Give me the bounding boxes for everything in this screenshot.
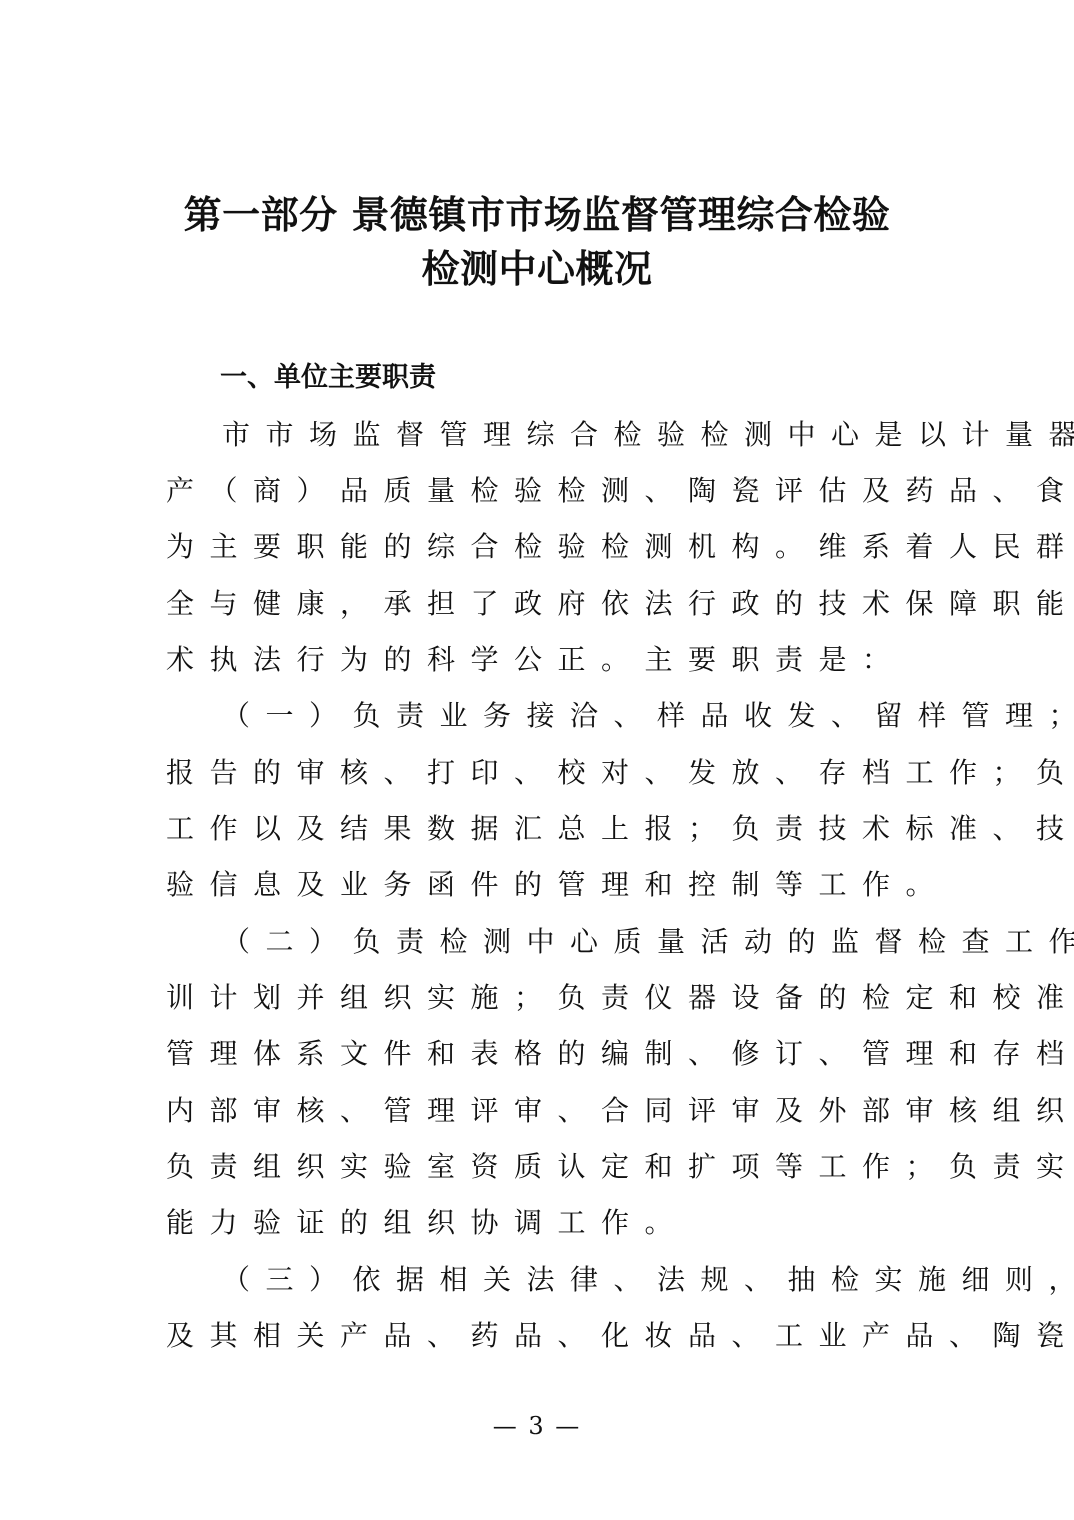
body-line: 及其相关产品、药品、化妆品、工业产品、陶瓷等产品的抽 — [166, 1322, 916, 1350]
body-line: （二）负责检测中心质量活动的监督检查工作，制定培 — [222, 928, 972, 956]
body-line: 报告的审核、打印、校对、发放、存档工作；负责中心抽检 — [166, 759, 916, 787]
body-line: 全与健康，承担了政府依法行政的技术保障职能，维系着技 — [166, 590, 916, 618]
body-line: （一）负责业务接洽、样品收发、留样管理；负责检验 — [222, 702, 972, 730]
body-line: 为主要职能的综合检验检测机构。维系着人民群众的生命安 — [166, 533, 916, 561]
page-number: — 3 — — [0, 1414, 1074, 1438]
document-title-line-2: 检测中心概况 — [0, 250, 1074, 288]
body-line: 能力验证的组织协调工作。 — [166, 1209, 916, 1237]
body-line: 负责组织实验室资质认定和扩项等工作；负责实验室比对及 — [166, 1153, 916, 1181]
body-line: 市市场监督管理综合检验检测中心是以计量器具检定、 — [222, 421, 972, 449]
body-line: 术执法行为的科学公正。主要职责是： — [166, 646, 916, 674]
body-line: 产（商）品质量检验检测、陶瓷评估及药品、食品安全性能 — [166, 477, 916, 505]
body-line: （三）依据相关法律、法规、抽检实施细则，开展食品 — [222, 1266, 972, 1294]
body-line: 管理体系文件和表格的编制、修订、管理和存档工作；负责 — [166, 1040, 916, 1068]
section-heading: 一、单位主要职责 — [220, 364, 436, 391]
body-line: 工作以及结果数据汇总上报；负责技术标准、技术资料、检 — [166, 815, 916, 843]
body-line: 验信息及业务函件的管理和控制等工作。 — [166, 871, 916, 899]
body-line: 内部审核、管理评审、合同评审及外部审核组织协调工作； — [166, 1097, 916, 1125]
document-title-line-1: 第一部分 景德镇市市场监督管理综合检验 — [0, 196, 1074, 234]
body-line: 训计划并组织实施；负责仪器设备的检定和校准工作；负责 — [166, 984, 916, 1012]
